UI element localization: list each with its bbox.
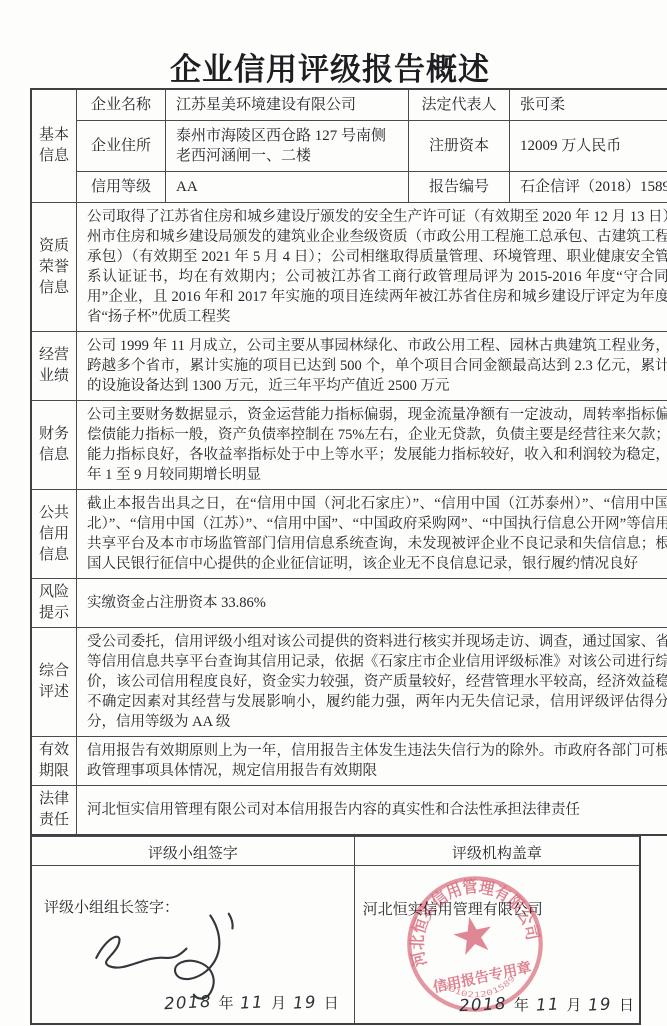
section-text-overall-review: 受公司委托，信用评级小组对该公司提供的资料进行核实并现场走访、调查，通过国家、省… bbox=[77, 628, 667, 737]
team-date-day-unit: 日 bbox=[323, 996, 340, 1012]
team-date-month: 11 bbox=[238, 992, 267, 1012]
agency-seal-cell: 河北恒实信用管理有限公司 河北恒实信用管理有限公司 信用报告专用章 bbox=[354, 866, 639, 1023]
section-label-business-performance: 经营业绩 bbox=[31, 332, 77, 401]
signature-block: 评级小组签字 评级机构盖章 评级小组组长签字： 2018 年 11 月 19 bbox=[30, 836, 641, 1025]
section-label-financial-info: 财务信息 bbox=[31, 401, 77, 490]
field-value-address: 泰州市海陵区西仓路 127 号南侧老西河涵闸一、二楼 bbox=[166, 121, 409, 172]
agency-seal-header: 评级机构盖章 bbox=[354, 837, 639, 866]
field-label-company-name: 企业名称 bbox=[77, 89, 166, 121]
report-table: 基本信息 企业名称 江苏星美环境建设有限公司 法定代表人 张可柔 企业住所 泰州… bbox=[30, 88, 667, 836]
table-row: 基本信息 企业名称 江苏星美环境建设有限公司 法定代表人 张可柔 bbox=[31, 89, 667, 121]
team-signature-header: 评级小组签字 bbox=[32, 837, 354, 866]
section-label-basic-info: 基本信息 bbox=[31, 89, 77, 203]
table-row: 经营业绩 公司 1999 年 11 月成立，公司主要从事园林绿化、市政公用工程、… bbox=[31, 332, 667, 401]
table-row: 财务信息 公司主要财务数据显示，资金运营能力指标偏弱，现金流量净额有一定波动，周… bbox=[31, 401, 667, 490]
section-text-validity-period: 信用报告有效期原则上为一年，信用报告主体发生违法失信行为的除外。市政府各部门可根… bbox=[77, 737, 667, 786]
field-value-legal-representative: 张可柔 bbox=[510, 89, 667, 121]
field-value-report-number: 石企信评（2018）1589 号 bbox=[510, 172, 667, 203]
table-row: 公共信用信息 截止本报告出具之日，在“信用中国（河北石家庄）”、“信用中国（江苏… bbox=[31, 490, 667, 579]
field-label-report-number: 报告编号 bbox=[409, 172, 510, 203]
agency-seal-date: 2018 年 11 月 19 日 bbox=[457, 994, 635, 1015]
section-text-public-credit-info: 截止本报告出具之日，在“信用中国（河北石家庄）”、“信用中国（江苏泰州）”、“信… bbox=[77, 490, 667, 579]
section-text-financial-info: 公司主要财务数据显示，资金运营能力指标偏弱，现金流量净额有一定波动，周转率指标偏… bbox=[77, 401, 667, 490]
field-value-registered-capital: 12009 万人民币 bbox=[510, 121, 667, 172]
section-text-legal-liability: 河北恒实信用管理有限公司对本信用报告内容的真实性和合法性承担法律责任 bbox=[77, 786, 667, 836]
section-text-risk-warning: 实缴资金占注册资本 33.86% bbox=[77, 579, 667, 628]
section-label-legal-liability: 法律责任 bbox=[31, 786, 77, 836]
section-label-validity-period: 有效期限 bbox=[31, 737, 77, 786]
section-label-risk-warning: 风险提示 bbox=[31, 579, 77, 628]
field-value-credit-rating: AA bbox=[166, 172, 409, 203]
report-table-sheet: 基本信息 企业名称 江苏星美环境建设有限公司 法定代表人 张可柔 企业住所 泰州… bbox=[30, 88, 641, 1025]
table-row: 企业住所 泰州市海陵区西仓路 127 号南侧老西河涵闸一、二楼 注册资本 120… bbox=[31, 121, 667, 172]
agency-date-day-unit: 日 bbox=[618, 998, 635, 1014]
handwritten-signature bbox=[80, 910, 280, 1002]
agency-date-day: 19 bbox=[586, 994, 615, 1014]
team-date-month-unit: 月 bbox=[270, 996, 287, 1012]
field-label-address: 企业住所 bbox=[77, 121, 166, 172]
table-row: 法律责任 河北恒实信用管理有限公司对本信用报告内容的真实性和合法性承担法律责任 bbox=[31, 786, 667, 836]
section-label-public-credit-info: 公共信用信息 bbox=[31, 490, 77, 579]
section-label-overall-review: 综合评述 bbox=[31, 628, 77, 737]
table-row: 风险提示 实缴资金占注册资本 33.86% bbox=[31, 579, 667, 628]
section-text-qualifications: 公司取得了江苏省住房和城乡建设厅颁发的安全生产许可证（有效期至 2020 年 1… bbox=[77, 203, 667, 332]
section-text-business-performance: 公司 1999 年 11 月成立，公司主要从事园林绿化、市政公用工程、园林古典建… bbox=[77, 332, 667, 401]
seal-star-icon bbox=[450, 913, 495, 957]
agency-date-month: 11 bbox=[533, 994, 562, 1014]
team-signature-cell: 评级小组组长签字： 2018 年 11 月 19 日 bbox=[32, 866, 354, 1023]
section-label-qualifications: 资质荣誉信息 bbox=[31, 203, 77, 332]
agency-date-year: 2018 bbox=[457, 994, 510, 1016]
table-row: 有效期限 信用报告有效期原则上为一年，信用报告主体发生违法失信行为的除外。市政府… bbox=[31, 737, 667, 786]
team-date-year: 2018 bbox=[161, 992, 214, 1014]
table-row: 资质荣誉信息 公司取得了江苏省住房和城乡建设厅颁发的安全生产许可证（有效期至 2… bbox=[31, 203, 667, 332]
field-label-legal-representative: 法定代表人 bbox=[409, 89, 510, 121]
table-row: 综合评述 受公司委托，信用评级小组对该公司提供的资料进行核实并现场走访、调查，通… bbox=[31, 628, 667, 737]
page-title: 企业信用评级报告概述 bbox=[0, 44, 660, 89]
team-signature-date: 2018 年 11 月 19 日 bbox=[162, 992, 340, 1013]
agency-date-year-unit: 年 bbox=[513, 998, 530, 1014]
team-date-day: 19 bbox=[290, 992, 319, 1012]
table-row: 信用等级 AA 报告编号 石企信评（2018）1589 号 bbox=[31, 172, 667, 203]
credit-report-page: 企业信用评级报告概述 基本信息 企业名称 江苏星美环境建设有限公司 法定代表人 … bbox=[0, 0, 667, 1026]
field-label-registered-capital: 注册资本 bbox=[409, 121, 510, 172]
field-label-credit-rating: 信用等级 bbox=[77, 172, 166, 203]
team-date-year-unit: 年 bbox=[218, 996, 235, 1012]
field-value-company-name: 江苏星美环境建设有限公司 bbox=[166, 89, 409, 121]
agency-date-month-unit: 月 bbox=[565, 998, 582, 1014]
